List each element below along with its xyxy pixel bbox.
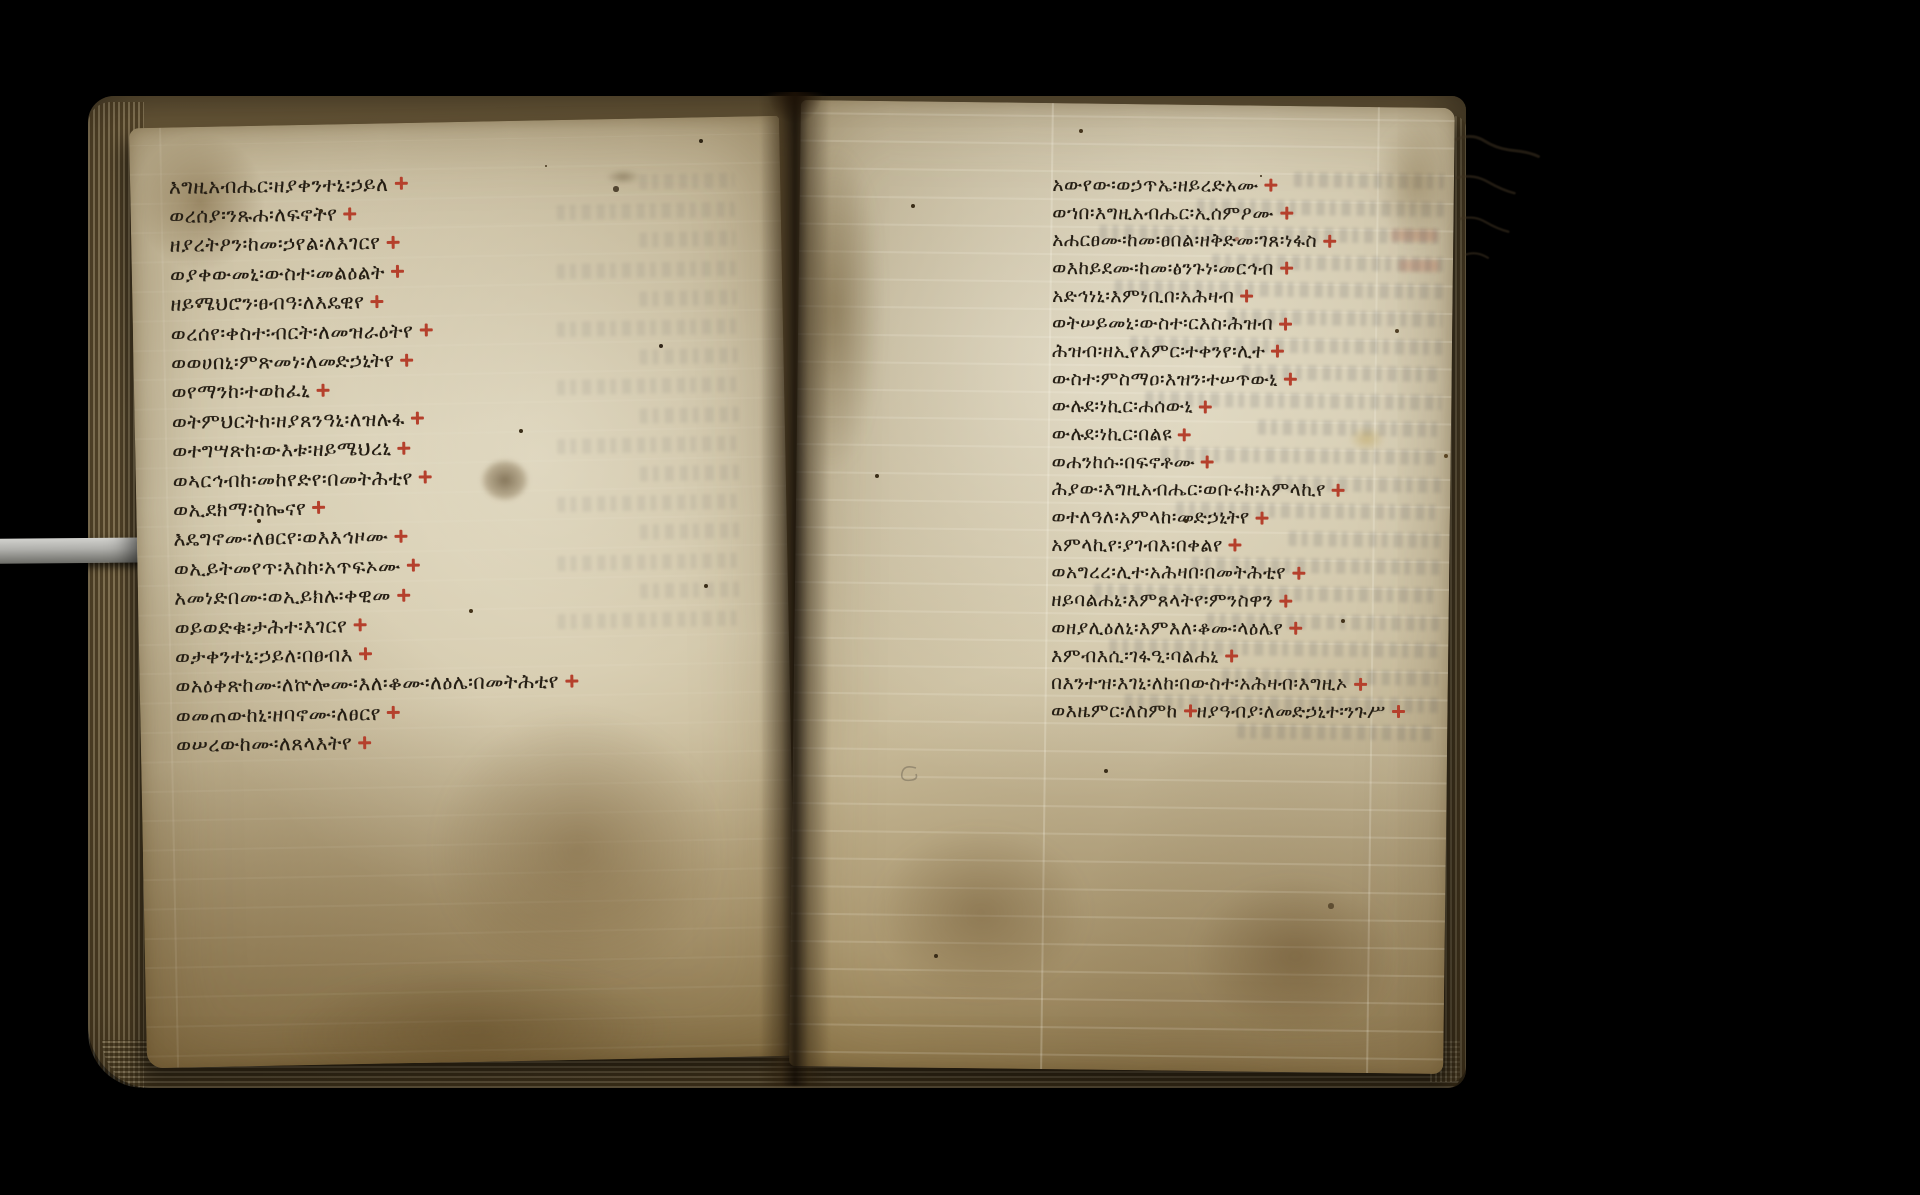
text-line: ውስተ፡ምስማዐ፡እዝን፡ተሠጥውኒ: [1052, 365, 1452, 394]
text-line: ወትሠይመኒ፡ውስተ፡ርእስ፡ሕዝብ: [1052, 309, 1452, 338]
rubric-cross-icon: [419, 324, 432, 337]
rubric-cross-icon: [1199, 400, 1212, 413]
rubric-cross-icon: [312, 501, 325, 514]
rubric-cross-icon: [1354, 678, 1367, 691]
dust-specks: [0, 0, 2, 2]
geez-text: ወኀበ፡እግዚአብሔር፡ኢሰምዖሙ: [1052, 202, 1274, 225]
geez-text: ዘይባልሐኒ፡እምጸላትየ፡ምንስዋን: [1051, 589, 1273, 612]
geez-text: ዘይሜህሮን፡ፀብዓ፡ለእዴዊየ: [170, 290, 364, 317]
rubric-cross-icon: [358, 736, 371, 749]
rubric-cross-icon: [1323, 234, 1336, 247]
rubric-cross-icon: [1225, 650, 1238, 663]
text-line: ወሐንከሱ፡በፍኖቶሙ: [1052, 448, 1452, 477]
geez-text: አውየው፡ወኃጥኤ፡ዘይረድአሙ: [1052, 174, 1258, 197]
text-line: ሕያው፡እግዚአብሔር፡ወቡሩክ፡አምላኪየ: [1052, 476, 1452, 505]
rubric-cross-icon: [1332, 484, 1345, 497]
rubric-cross-icon: [1271, 345, 1284, 358]
geez-text: እግዚአብሔር፡ዘያቀንተኒ፡ኃይለ: [169, 172, 389, 199]
geez-text: ወእዜምር፡ለስምከ: [1051, 700, 1178, 722]
rubric-cross-icon: [316, 384, 329, 397]
geez-text: ወመጠውከኒ፡ዘባኖሙ፡ለፀርየ: [176, 701, 381, 728]
text-line: ሕዝብ፡ዘኢየአምር፡ተቀንየ፡ሊተ: [1052, 337, 1452, 366]
text-line: ውሉደ፡ነኪር፡በልዩ: [1052, 420, 1452, 449]
rubric-cross-icon: [343, 207, 356, 220]
geez-text: ውስተ፡ምስማዐ፡እዝን፡ተሠጥውኒ: [1052, 368, 1278, 391]
geez-text: ወአግረረ፡ሊተ፡አሕዛበ፡በመትሕቲየ: [1051, 562, 1286, 585]
geez-text: ወያቀውመኒ፡ውስተ፡መልዕልት: [170, 260, 385, 287]
geez-text: እዴግኖሙ፡ለፀርየ፡ወእእኅዞሙ: [173, 524, 388, 551]
right-page: አውየው፡ወኃጥኤ፡ዘይረድአሙወኀበ፡እግዚአብሔር፡ኢሰምዖሙአሐርፀሙ፡ከ…: [789, 100, 1455, 1074]
geez-text: ወይወድቁ፡ታሕተ፡እገርየ: [174, 613, 347, 639]
rubric-cross-icon: [394, 530, 407, 543]
geez-text: ወትሠይመኒ፡ውስተ፡ርእስ፡ሕዝብ: [1052, 312, 1273, 335]
geez-text: ውሉደ፡ነኪር፡ሐሰውኒ: [1052, 395, 1193, 417]
rubric-cross-icon: [397, 588, 410, 601]
text-line: ወኀበ፡እግዚአብሔር፡ኢሰምዖሙ: [1052, 199, 1452, 228]
geez-text: ወእከይደሙ፡ከመ፡ፅንጉነ፡መርኅብ: [1052, 257, 1274, 280]
text-line: አድኅነኒ፡እምነቢበ፡አሕዛብ: [1052, 282, 1452, 311]
geez-text: ሕዝብ፡ዘኢየአምር፡ተቀንየ፡ሊተ: [1052, 340, 1265, 363]
geez-text: ዘያረትዖን፡ከመ፡ኃየል፡ለእገርየ: [169, 231, 380, 258]
text-line: ወተለዓለ፡አምላከ፡መድኃኒትየ: [1051, 503, 1451, 532]
rubric-cross-icon: [1280, 207, 1293, 220]
left-page-text: እግዚአብሔር፡ዘያቀንተኒ፡ኃይለወረሰያ፡ንጹሐ፡ለፍኖትየዘያረትዖን፡ከ…: [169, 164, 757, 759]
stain: [215, 937, 738, 1068]
geez-text: ወትምህርትከ፡ዘያጸንዓኒ፡ለዝሉፋ: [172, 407, 405, 434]
text-line: ወዘያሊዕለኒ፡እምእለ፡ቆሙ፡ላዕሌየ: [1051, 614, 1451, 643]
geez-text: ወተለዓለ፡አምላከ፡መድኃኒትየ: [1051, 506, 1249, 529]
rubric-cross-icon: [1256, 511, 1269, 524]
rubric-cross-icon: [1201, 456, 1214, 469]
text-line: ወአግረረ፡ሊተ፡አሕዛበ፡በመትሕቲየ: [1051, 559, 1451, 588]
rubric-cross-icon: [1392, 705, 1405, 718]
text-line: አውየው፡ወኃጥኤ፡ዘይረድአሙ: [1052, 171, 1452, 200]
geez-text: ወኣርኅብከ፡መከየድየ፡በመትሕቲየ: [173, 465, 413, 492]
geez-text: እምብእሲ፡ገፋዒ፡ባልሐኒ: [1051, 645, 1219, 667]
rubric-cross-icon: [398, 441, 411, 454]
rubric-cross-icon: [411, 412, 424, 425]
geez-text: ወኢይትመየጥ፡እስከ፡አጥፍኦሙ: [174, 554, 401, 581]
rubric-cross-icon: [394, 177, 407, 190]
geez-text: አመነድበሙ፡ወኢይክሉ፡ቀዊመ: [174, 583, 391, 610]
stain: [830, 790, 1133, 1034]
text-line: በእንተዝ፡እገኒ፡ለከ፡በውስተ፡አሕዛብ፡እግዚኦ: [1051, 669, 1451, 698]
rubric-cross-icon: [370, 295, 383, 308]
right-page-text: አውየው፡ወኃጥኤ፡ዘይረድአሙወኀበ፡እግዚአብሔር፡ኢሰምዖሙአሐርፀሙ፡ከ…: [1051, 171, 1452, 726]
rubric-cross-icon: [1178, 428, 1191, 441]
rubric-cross-icon: [1279, 594, 1292, 607]
rubric-cross-icon: [419, 470, 432, 483]
text-line: ወእዜምር፡ለስምከዘያዓብያ፡ለመድኃኒተ፡ንጉሥ: [1051, 697, 1451, 726]
geez-text: ወረሰየ፡ቀስተ፡ብርት፡ለመዝራዕትየ: [171, 318, 414, 345]
photo-stage: እግዚአብሔር፡ዘያቀንተኒ፡ኃይለወረሰያ፡ንጹሐ፡ለፍኖትየዘያረትዖን፡ከ…: [0, 0, 1920, 1195]
geez-text: ወአዕቀጽከሙ፡ለኵሎሙ፡እለ፡ቆሙ፡ለዕሌ፡በመትሕቲየ: [175, 669, 559, 698]
geez-text: አሐርፀሙ፡ከመ፡ፀበል፡ዘቅድመ፡ገጸ፡ነፋስ: [1052, 229, 1317, 252]
text-line: እምብእሲ፡ገፋዒ፡ባልሐኒ: [1051, 642, 1451, 671]
text-line: ውሉደ፡ነኪር፡ሐሰውኒ: [1052, 393, 1452, 422]
geez-text: ውሉደ፡ነኪር፡በልዩ: [1052, 423, 1173, 445]
text-line: ወእከይደሙ፡ከመ፡ፅንጉነ፡መርኅብ: [1052, 254, 1452, 283]
rubric-cross-icon: [1280, 262, 1293, 275]
geez-text: ወተግሣጽከ፡ውእቱ፡ዘይሜህረኒ: [172, 436, 392, 463]
text-line: ዘይባልሐኒ፡እምጸላትየ፡ምንስዋን: [1051, 586, 1451, 615]
rubric-cross-icon: [1229, 539, 1242, 552]
rubric-cross-icon: [1292, 567, 1305, 580]
text-line: አምላኪየ፡ያገብእ፡በቀልየ: [1051, 531, 1451, 560]
stain: [1149, 844, 1442, 1068]
geez-text: ወዘያሊዕለኒ፡እምእለ፡ቆሙ፡ላዕሌየ: [1051, 617, 1283, 640]
rubric-cross-icon: [353, 618, 366, 631]
geez-text: ወኢደክማ፡ስኰናየ: [173, 496, 306, 522]
rubric-cross-icon: [1240, 290, 1253, 303]
rubric-cross-icon: [1265, 179, 1278, 192]
geez-text: ሕያው፡እግዚአብሔር፡ወቡሩክ፡አምላኪየ: [1052, 478, 1326, 501]
rubric-cross-icon: [1279, 317, 1292, 330]
left-page: እግዚአብሔር፡ዘያቀንተኒ፡ኃይለወረሰያ፡ንጹሐ፡ለፍኖትየዘያረትዖን፡ከ…: [129, 116, 797, 1068]
geez-text: ወየማንከ፡ተወከፈኒ: [171, 378, 310, 404]
rubric-cross-icon: [565, 674, 578, 687]
rubric-cross-icon: [1184, 705, 1197, 718]
showthrough-row: [1237, 723, 1437, 740]
rubric-cross-icon: [387, 706, 400, 719]
text-line: አሐርፀሙ፡ከመ፡ፀበል፡ዘቅድመ፡ገጸ፡ነፋስ: [1052, 226, 1452, 255]
geez-text: አድኅነኒ፡እምነቢበ፡አሕዛብ: [1052, 285, 1234, 307]
geez-text: ዘያዓብያ፡ለመድኃኒተ፡ንጉሥ: [1197, 700, 1386, 722]
geez-text: በእንተዝ፡እገኒ፡ለከ፡በውስተ፡አሕዛብ፡እግዚኦ: [1051, 672, 1348, 695]
pencil-mark: [896, 764, 922, 784]
rubric-cross-icon: [407, 559, 420, 572]
geez-text: አምላኪየ፡ያገብእ፡በቀልየ: [1051, 534, 1222, 556]
geez-text: ወወሀበኒ፡ምጽመነ፡ለመድኃኒትየ: [171, 348, 395, 375]
marginal-inscription: [1427, 124, 1559, 289]
rubric-cross-icon: [1284, 373, 1297, 386]
geez-text: ወሠረውከሙ፡ለጸላእትየ: [176, 731, 352, 757]
geez-text: ወረሰያ፡ንጹሐ፡ለፍኖትየ: [169, 202, 337, 228]
geez-text: ወሐንከሱ፡በፍኖቶሙ: [1052, 451, 1196, 473]
rubric-cross-icon: [359, 648, 372, 661]
rubric-cross-icon: [386, 236, 399, 249]
rubric-cross-icon: [391, 265, 404, 278]
text-line: ወሠረውከሙ፡ለጸላእትየ: [176, 723, 756, 760]
geez-text: ወታቀንተኒ፡ኃይለ፡በፀብእ: [175, 642, 353, 668]
rubric-cross-icon: [400, 353, 413, 366]
rubric-cross-icon: [1289, 622, 1302, 635]
stain: [789, 100, 901, 531]
